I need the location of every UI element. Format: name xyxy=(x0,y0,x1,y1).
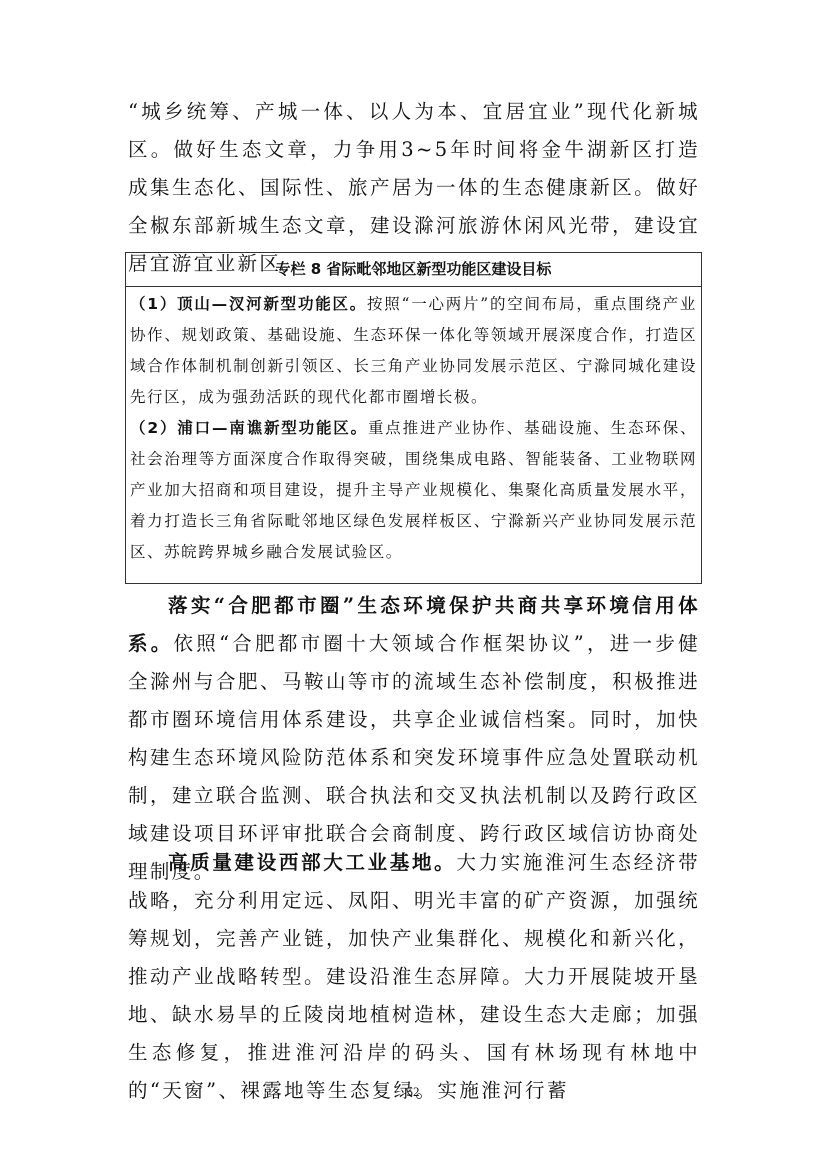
box-item-heading: （1）顶山—汊河新型功能区。 xyxy=(130,295,367,313)
box-item-2: （2）浦口—南谯新型功能区。重点推进产业协作、基础设施、生态环保、社会治理等方面… xyxy=(130,413,697,568)
page-number: 52 xyxy=(0,1084,826,1100)
paragraph-body: 大力实施淮河生态经济带战略，充分利用定远、凤阳、明光丰富的矿产资源，加强统筹规划… xyxy=(128,851,700,1102)
box-body: （1）顶山—汊河新型功能区。按照“一心两片”的空间布局，重点围绕产业协作、规划政… xyxy=(126,287,701,568)
paragraph-heading: 高质量建设西部大工业基地。 xyxy=(168,851,456,874)
box-item-heading: （2）浦口—南谯新型功能区。 xyxy=(130,419,368,437)
box-title: 专栏 8 省际毗邻地区新型功能区建设目标 xyxy=(126,253,701,287)
intro-text: “城乡统筹、产城一体、以人为本、宜居宜业”现代化新城区。做好生态文章，力争用3~… xyxy=(128,100,700,275)
paragraph-western-industrial-base: 高质量建设西部大工业基地。大力实施淮河生态经济带战略，充分利用定远、凤阳、明光丰… xyxy=(128,844,700,1110)
box-item-body: 重点推进产业协作、基础设施、生态环保、社会治理等方面深度合作取得突破，围绕集成电… xyxy=(130,419,697,561)
box-item-1: （1）顶山—汊河新型功能区。按照“一心两片”的空间布局，重点围绕产业协作、规划政… xyxy=(130,289,697,413)
column-box-8: 专栏 8 省际毗邻地区新型功能区建设目标 （1）顶山—汊河新型功能区。按照“一心… xyxy=(125,252,702,584)
